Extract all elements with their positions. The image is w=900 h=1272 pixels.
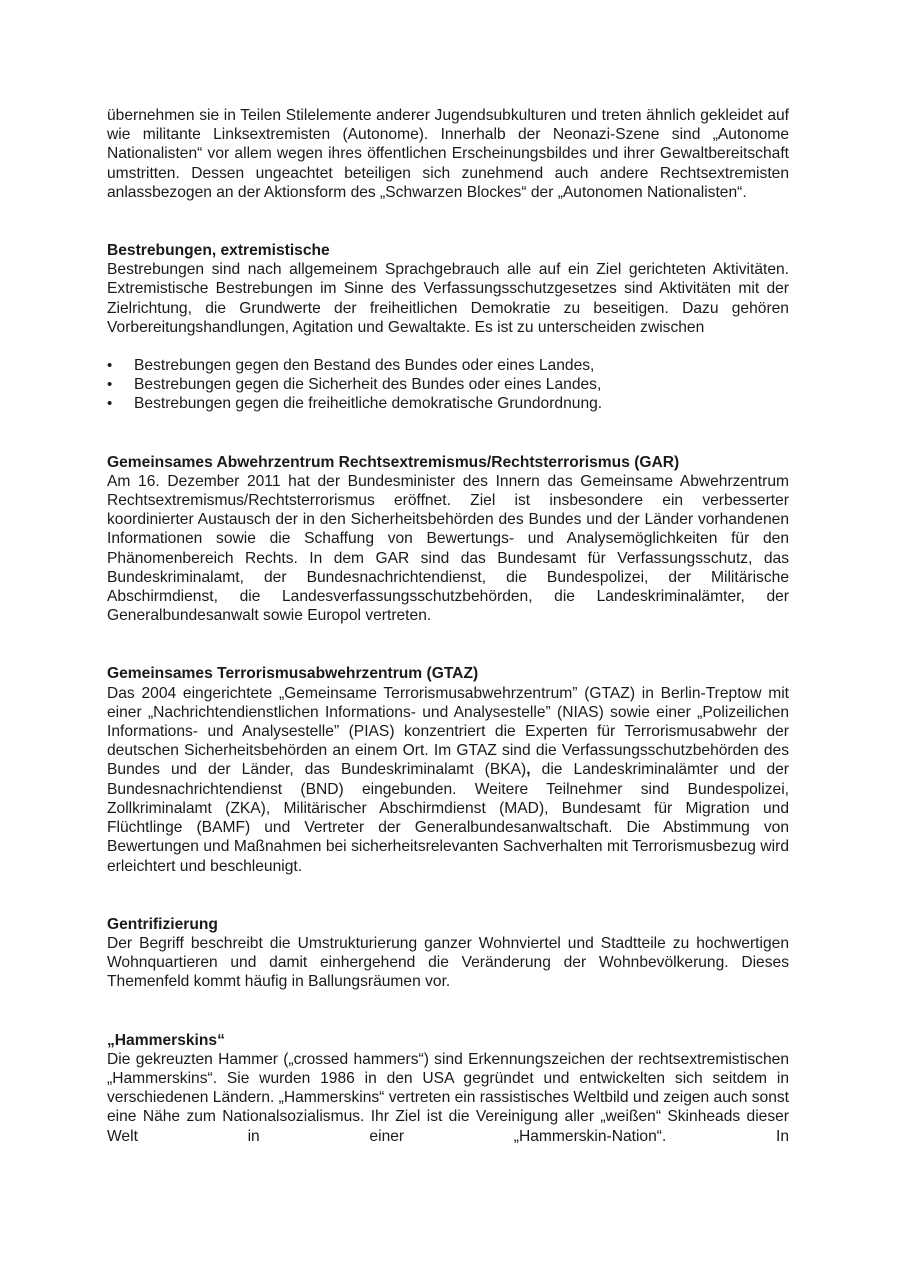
section-heading: Gemeinsames Abwehrzentrum Rechtsextremis… (107, 453, 789, 472)
intro-paragraph: übernehmen sie in Teilen Stilelemente an… (107, 106, 789, 202)
list-item: Bestrebungen gegen den Bestand des Bunde… (107, 356, 789, 375)
section-gar: Gemeinsames Abwehrzentrum Rechtsextremis… (107, 453, 789, 626)
section-hammerskins: „Hammerskins“ Die gekreuzten Hammer („cr… (107, 1031, 789, 1146)
section-body: Am 16. Dezember 2011 hat der Bundesminis… (107, 472, 789, 626)
section-body: Bestrebungen sind nach allgemeinem Sprac… (107, 260, 789, 337)
list-item: Bestrebungen gegen die freiheitliche dem… (107, 394, 789, 413)
section-heading: Gentrifizierung (107, 915, 789, 934)
section-body: Die gekreuzten Hammer („crossed hammers“… (107, 1050, 789, 1146)
section-gtaz: Gemeinsames Terrorismusabwehrzentrum (GT… (107, 664, 789, 875)
section-bestrebungen: Bestrebungen, extremistische Bestrebunge… (107, 241, 789, 414)
section-body: Das 2004 eingerichtete „Gemeinsame Terro… (107, 684, 789, 876)
document-page: übernehmen sie in Teilen Stilelemente an… (107, 106, 789, 1146)
section-heading: Bestrebungen, extremistische (107, 241, 789, 260)
section-body: Der Begriff beschreibt die Umstrukturier… (107, 934, 789, 992)
section-heading: Gemeinsames Terrorismusabwehrzentrum (GT… (107, 664, 789, 683)
section-gentrifizierung: Gentrifizierung Der Begriff beschreibt d… (107, 915, 789, 992)
list-item: Bestrebungen gegen die Sicherheit des Bu… (107, 375, 789, 394)
bullet-list: Bestrebungen gegen den Bestand des Bunde… (107, 356, 789, 414)
section-heading: „Hammerskins“ (107, 1031, 789, 1050)
